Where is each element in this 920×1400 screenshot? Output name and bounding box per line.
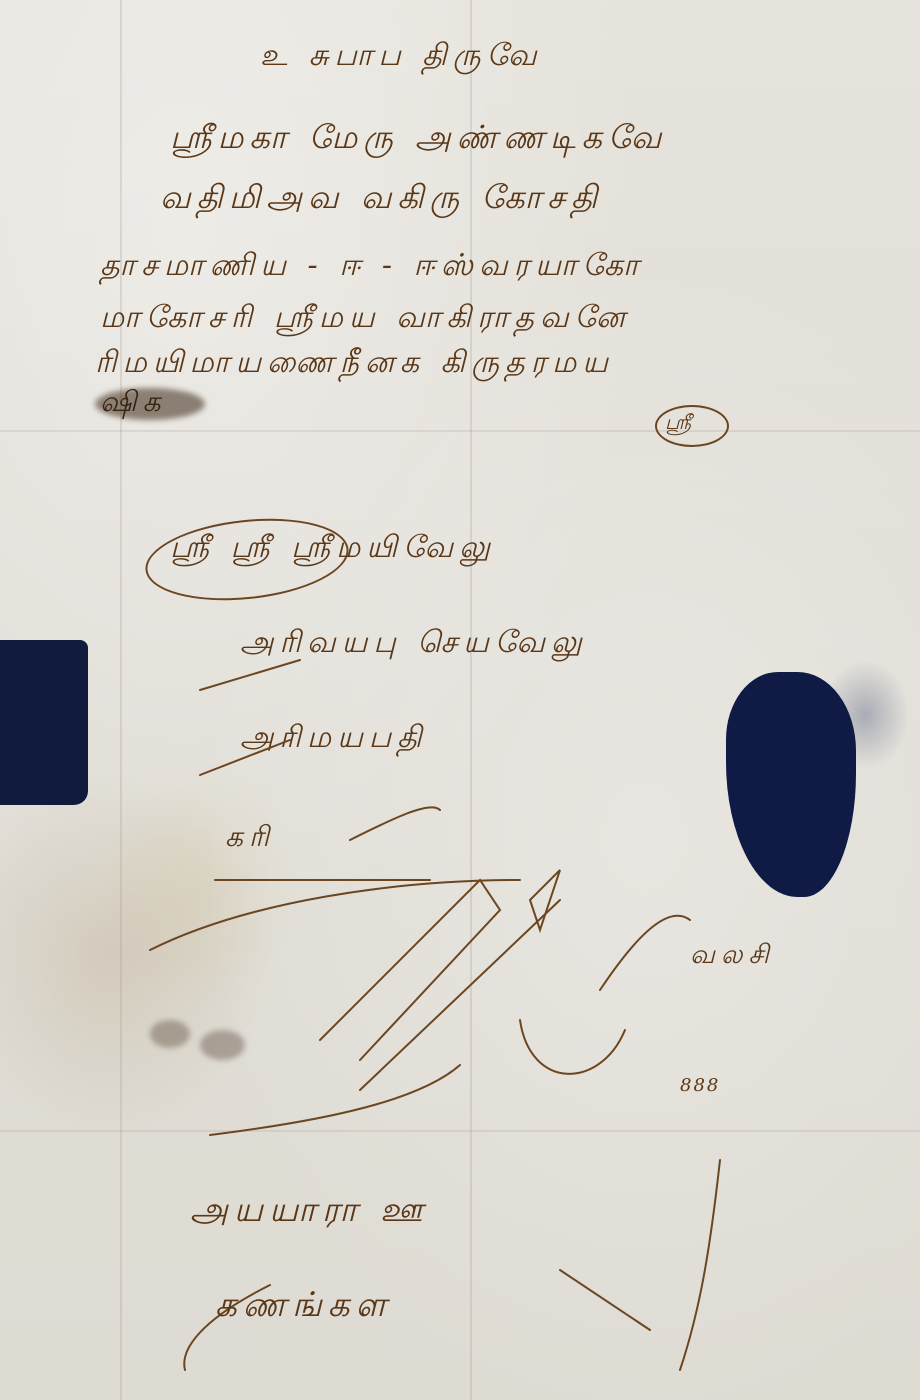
- manuscript-page: உ சுபாப திருவே ஸ்ரீமகா மேரு அண்ணடிகவே வத…: [0, 0, 920, 1400]
- closing-line-2: கணங்கள: [215, 1285, 392, 1329]
- ink-blot: [200, 1030, 245, 1060]
- pen-strokes: [0, 0, 920, 1400]
- closing-line-1: அயயாரா ஊ: [190, 1190, 429, 1234]
- ink-blot: [150, 1020, 190, 1048]
